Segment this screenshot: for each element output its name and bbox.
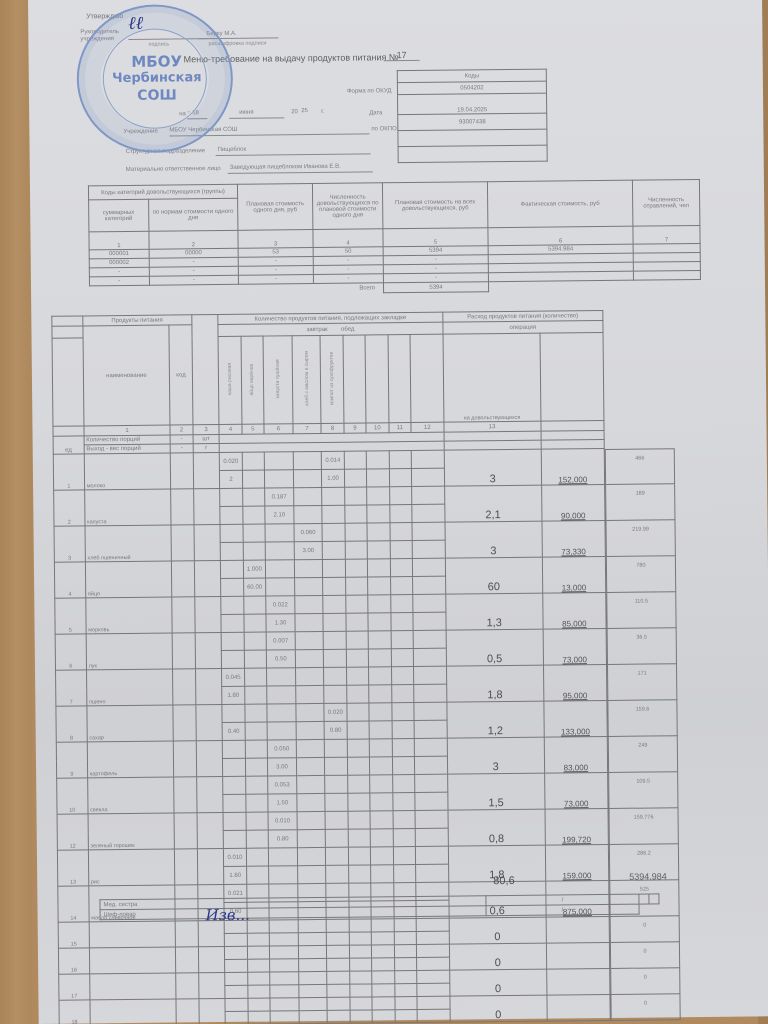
amount-cell [244, 686, 267, 704]
norm-cell [366, 451, 389, 469]
price-cell: 85,000 [542, 592, 606, 629]
price-cell: 199,720 [545, 808, 609, 845]
norm-cell [412, 486, 445, 504]
product-name [89, 921, 176, 948]
amount-cell [416, 864, 449, 882]
amount-cell [417, 957, 450, 970]
norm-cell [223, 812, 246, 830]
row-number: 12 [57, 814, 88, 850]
norm-cell [394, 944, 417, 957]
norm-cell [269, 920, 298, 933]
norm-cell [221, 596, 244, 614]
amount-cell [248, 1011, 271, 1024]
row-number: 13 [57, 850, 88, 886]
amount-cell [349, 958, 372, 971]
price-cell: 133,000 [543, 700, 607, 737]
summary-col-number: 6 [488, 226, 633, 246]
responsible-value: Заведующая пищеблоком Иванова Е.В. [230, 164, 341, 171]
sum-cell: 0 [610, 942, 680, 969]
amount-cell [293, 469, 322, 487]
norm-cell [417, 970, 450, 983]
dish-header: компот из сухофруктов [329, 352, 336, 406]
row-number: 18 [59, 1000, 90, 1024]
norm-cell [324, 667, 347, 685]
amount-cell [225, 985, 248, 998]
norm-cell: 0.060 [294, 523, 323, 541]
portions-unit: шт [193, 435, 220, 444]
norm-cell [369, 703, 392, 721]
norm-cell [368, 631, 391, 649]
norm-cell [350, 997, 373, 1010]
summary-col-number: 2 [149, 230, 239, 249]
summary-total-value: 5394 [383, 282, 488, 293]
amount-cell [247, 959, 270, 972]
sum-cell: 0 [610, 968, 680, 995]
stamp-line-2: Чербинская [79, 70, 235, 87]
amount-cell: 2.10 [265, 506, 294, 524]
row-number: 7 [56, 670, 87, 706]
summary-header-2: по нормам стоимости одного дня [148, 198, 238, 231]
product-name: лук [86, 633, 173, 670]
norm-cell [246, 812, 269, 830]
norm-cell [370, 775, 393, 793]
amount-cell [326, 865, 349, 883]
amount-cell [411, 468, 444, 486]
quantity-cell: 1,3 [445, 593, 542, 630]
amount-cell [265, 542, 294, 560]
norm-cell [371, 919, 394, 932]
norm-cell [347, 703, 370, 721]
row-number: 8 [56, 706, 87, 742]
amount-cell [370, 829, 393, 847]
amount-cell [391, 649, 414, 667]
norm-cell [221, 632, 244, 650]
price-cell: 13,000 [542, 556, 606, 593]
meal-breakfast: завтрак [306, 326, 327, 332]
amount-cell [394, 931, 417, 944]
product-name: капуста [84, 489, 171, 526]
row-number: 2 [54, 490, 85, 526]
norm-cell: 0.187 [265, 488, 294, 506]
amount-cell [371, 865, 394, 883]
norm-cell [372, 971, 395, 984]
amount-cell [325, 829, 348, 847]
date-label: Дата [369, 110, 382, 116]
responsible-line [228, 171, 373, 174]
norm-cell [390, 523, 413, 541]
norm-cell [345, 523, 368, 541]
price-cell: 159,000 [545, 844, 609, 881]
norm-cell [326, 919, 349, 932]
sum-cell: 110.5 [606, 592, 676, 629]
product-name: морковь [85, 597, 172, 634]
column-number: 3 [193, 425, 220, 435]
amount-cell [367, 541, 390, 559]
amount-cell [299, 1010, 328, 1023]
norm-cell [393, 846, 416, 864]
sum-column: 466189219.99780110.536.5171159.6249109.5… [605, 448, 681, 1021]
amount-cell [327, 984, 350, 997]
amount-cell: 0.80 [268, 830, 297, 848]
amount-cell [414, 684, 447, 702]
amount-cell [247, 933, 270, 946]
norm-cell [327, 945, 350, 958]
norm-cell [322, 487, 345, 505]
norm-cell [395, 996, 418, 1009]
amount-cell [244, 614, 267, 632]
norm-cell [348, 847, 371, 865]
amount-cell [245, 758, 268, 776]
amount-cell [372, 984, 395, 997]
norm-cell [413, 594, 446, 612]
norm-cell [411, 450, 444, 468]
norm-cell [370, 811, 393, 829]
amount-cell [327, 932, 350, 945]
norm-cell [265, 524, 294, 542]
amount-cell [346, 613, 369, 631]
norm-cell [266, 560, 295, 578]
summary-total-label: Всего [89, 283, 383, 296]
norm-cell [390, 595, 413, 613]
amount-cell [348, 793, 371, 811]
amount-cell [347, 721, 370, 739]
norm-cell [345, 559, 368, 577]
sum-cell: 36.5 [607, 628, 677, 665]
amount-cell [348, 865, 371, 883]
summary-table: Коды категорий довольствующихся (группы)… [88, 179, 701, 296]
amount-cell [270, 959, 299, 972]
norm-cell [298, 945, 327, 958]
column-number: 10 [366, 423, 389, 433]
norm-cell [391, 702, 414, 720]
amount-cell [296, 757, 325, 775]
amount-cell [415, 828, 448, 846]
norm-cell [392, 738, 415, 756]
amount-cell [350, 984, 373, 997]
column-number: 7 [293, 423, 322, 433]
norm-cell [242, 452, 265, 470]
sum-cell: 249 [608, 736, 678, 773]
quantity-cell: 0 [449, 943, 546, 970]
norm-cell [222, 704, 245, 722]
amount-cell: 0.80 [324, 721, 347, 739]
amount-cell [297, 829, 326, 847]
norm-cell [368, 595, 391, 613]
norm-cell [225, 972, 248, 985]
amount-cell [416, 931, 449, 944]
amount-cell [269, 866, 298, 884]
norm-cell [347, 739, 370, 757]
amount-cell [295, 685, 324, 703]
sum-cell: 159.6 [607, 700, 677, 737]
norm-cell: 0.014 [322, 451, 345, 469]
amount-cell [298, 932, 327, 945]
product-name: рис [88, 849, 175, 886]
row-number: 15 [58, 922, 89, 948]
norm-cell [267, 704, 296, 722]
product-name: картофель [87, 741, 174, 778]
norm-cell [389, 451, 412, 469]
amount-cell [244, 650, 267, 668]
norm-cell [293, 451, 322, 469]
amount-cell [413, 648, 446, 666]
amount-cell [369, 685, 392, 703]
quantity-cell: 0,5 [446, 629, 543, 666]
norm-cell [369, 739, 392, 757]
sum-cell: 219.99 [605, 520, 675, 557]
row-prefix: ед [53, 436, 84, 454]
amount-cell [225, 959, 248, 972]
document-number: 17 [397, 50, 407, 60]
total-sum: 5394.984 [629, 871, 667, 881]
responsible-label: Материально ответственное лицо [126, 166, 221, 173]
meal-lunch: обед [341, 326, 354, 332]
norm-cell [221, 560, 244, 578]
norm-cell [393, 810, 416, 828]
amount-cell [325, 757, 348, 775]
column-number: 2 [170, 425, 193, 435]
amount-cell [267, 686, 296, 704]
amount-cell: 1.30 [266, 614, 295, 632]
price-cell: 73,000 [543, 628, 607, 665]
amount-cell [294, 505, 323, 523]
amount-cell [371, 932, 394, 945]
sum-cell: 0 [610, 994, 680, 1021]
column-number: 4 [219, 424, 242, 434]
norm-cell [415, 810, 448, 828]
amount-cell [414, 756, 447, 774]
amount-cell [372, 958, 395, 971]
sum-cell: 109.5 [608, 772, 678, 809]
amount-cell [390, 541, 413, 559]
product-name [89, 973, 176, 1000]
amount-cell [243, 506, 266, 524]
amount-cell [266, 578, 295, 596]
amount-cell [270, 985, 299, 998]
summary-col-number: 3 [238, 230, 313, 249]
norm-cell: 0.050 [267, 740, 296, 758]
norm-cell [293, 487, 322, 505]
sum-cell: 171 [607, 664, 677, 701]
norm-cell [414, 738, 447, 756]
norm-cell [245, 704, 268, 722]
norm-cell [220, 524, 243, 542]
quantity-cell: 1,5 [447, 773, 544, 810]
amount-cell [294, 577, 323, 595]
amount-cell [225, 933, 248, 946]
okpo-value: 93007438 [398, 113, 547, 131]
norm-cell [267, 668, 296, 686]
norm-cell [248, 998, 271, 1011]
norm-cell [394, 918, 417, 931]
amount-cell [298, 958, 327, 971]
norm-cell [243, 596, 266, 614]
row-number: 9 [56, 742, 87, 778]
norm-cell [295, 631, 324, 649]
amount-cell [413, 576, 446, 594]
date-suffix: г. [321, 109, 324, 115]
product-name: хлеб пшеничный [85, 525, 172, 562]
amount-cell [369, 721, 392, 739]
norm-cell [323, 559, 346, 577]
amount-cell [223, 794, 246, 812]
product-name: сахар [87, 705, 174, 742]
sum-cell: 466 [605, 448, 675, 485]
amount-cell [348, 829, 371, 847]
amount-cell [297, 865, 326, 883]
product-name [89, 947, 176, 974]
dish-header: капуста тушёная [275, 359, 281, 398]
amount-cell [393, 828, 416, 846]
amount-cell [413, 612, 446, 630]
amount-cell [267, 722, 296, 740]
stamp-line-3: СОШ [79, 87, 235, 105]
row-number: 6 [55, 634, 86, 670]
amount-cell: 1.80 [224, 866, 247, 884]
norm-cell [392, 774, 415, 792]
product-name: зеленый горошек [88, 813, 175, 850]
amount-cell: 0.40 [222, 722, 245, 740]
norm-cell [413, 630, 446, 648]
quantity-cell: 2,1 [444, 485, 541, 522]
amount-cell [322, 541, 345, 559]
amount-cell: 1.00 [322, 469, 345, 487]
amount-cell [392, 756, 415, 774]
price-cell [546, 942, 610, 969]
row-number: 14 [58, 886, 89, 922]
chef-signature-icon: Изв... [205, 906, 249, 924]
amount-cell [325, 793, 348, 811]
amount-cell [344, 469, 367, 487]
amount-cell [295, 613, 324, 631]
code-header: код [169, 325, 192, 425]
norm-cell: 1.000 [243, 560, 266, 578]
norm-cell [245, 776, 268, 794]
row-number: 3 [54, 526, 85, 562]
norm-cell [390, 559, 413, 577]
name-header: наименование [83, 325, 171, 426]
price-cell: 90,000 [541, 484, 605, 521]
codes-empty-1 [398, 129, 547, 147]
summary-col-number: 5 [383, 228, 488, 247]
amount-cell [327, 958, 350, 971]
norm-cell [417, 996, 450, 1009]
norm-cell [414, 666, 447, 684]
amount-cell [394, 983, 417, 996]
amount-cell [246, 830, 269, 848]
norm-cell [247, 946, 270, 959]
norm-cell: 0.022 [266, 596, 295, 614]
date-value: 19.04.2025 [398, 93, 547, 115]
norm-cell [367, 487, 390, 505]
product-name: пшено [86, 669, 173, 706]
amount-cell: 2 [220, 470, 243, 488]
norm-cell [389, 487, 412, 505]
norm-cell [349, 919, 372, 932]
norm-cell: 0.020 [220, 452, 243, 470]
norm-cell [344, 451, 367, 469]
price-cell: 83,000 [544, 736, 608, 773]
amount-cell [296, 721, 325, 739]
row-number: 17 [59, 974, 90, 1000]
norm-cell [391, 631, 414, 649]
number-line [384, 60, 420, 61]
norm-cell [225, 946, 248, 959]
amount-cell [368, 613, 391, 631]
amount-cell [345, 577, 368, 595]
norm-cell [371, 847, 394, 865]
quantity-cell: 3 [444, 449, 541, 486]
price-cell: 152,000 [541, 448, 605, 485]
amount-cell [295, 649, 324, 667]
codes-empty-2 [398, 145, 547, 163]
amount-cell [370, 757, 393, 775]
quantity-cell: 1,8 [446, 665, 543, 702]
amount-cell [322, 505, 345, 523]
norm-cell [270, 998, 299, 1011]
column-number: 9 [344, 423, 367, 433]
norm-cell [294, 559, 323, 577]
norm-cell [246, 848, 269, 866]
price-cell: 73,000 [544, 772, 608, 809]
norm-cell [367, 523, 390, 541]
norm-cell [369, 667, 392, 685]
amount-cell [367, 505, 390, 523]
division-line [216, 153, 371, 156]
amount-cell [346, 685, 369, 703]
amount-cell [242, 470, 265, 488]
product-name: свекла [87, 777, 174, 814]
amount-cell [391, 613, 414, 631]
amount-cell: 1.80 [222, 686, 245, 704]
amount-cell [220, 542, 243, 560]
total-quantity: 80,6 [493, 875, 515, 887]
summary-col-number: 1 [89, 231, 149, 250]
date-year: 25 [301, 108, 308, 114]
norm-cell [323, 631, 346, 649]
amount-cell [225, 1011, 248, 1024]
consumption-col-header: на довольствующихся [443, 333, 541, 422]
okud-label: Форма по ОКУД [347, 88, 392, 94]
norm-cell [349, 971, 372, 984]
norm-cell [325, 739, 348, 757]
amount-cell [248, 985, 271, 998]
quantity-cell: 3 [445, 521, 542, 558]
summary-header-5: Плановая стоимость на всех довольствующи… [382, 182, 487, 229]
amount-cell [417, 1009, 450, 1022]
norm-cell [223, 776, 246, 794]
column-number: 8 [321, 423, 344, 433]
amount-cell [349, 932, 372, 945]
norm-cell: 0.045 [222, 668, 245, 686]
amount-cell [269, 933, 298, 946]
column-number: 11 [389, 423, 412, 433]
amount-cell [391, 684, 414, 702]
norm-cell [344, 487, 367, 505]
director-signature-icon: ℓℓ [128, 13, 143, 34]
amount-cell [220, 506, 243, 524]
okpo-label: по ОКПО [371, 126, 396, 132]
norm-cell [270, 972, 299, 985]
amount-cell [221, 614, 244, 632]
amount-cell [323, 577, 346, 595]
amount-cell [395, 1009, 418, 1022]
summary-col-number: 7 [633, 225, 700, 244]
norm-cell [299, 997, 328, 1010]
norm-cell [247, 920, 270, 933]
amount-cell: 60.00 [243, 578, 266, 596]
norm-cell [412, 522, 445, 540]
